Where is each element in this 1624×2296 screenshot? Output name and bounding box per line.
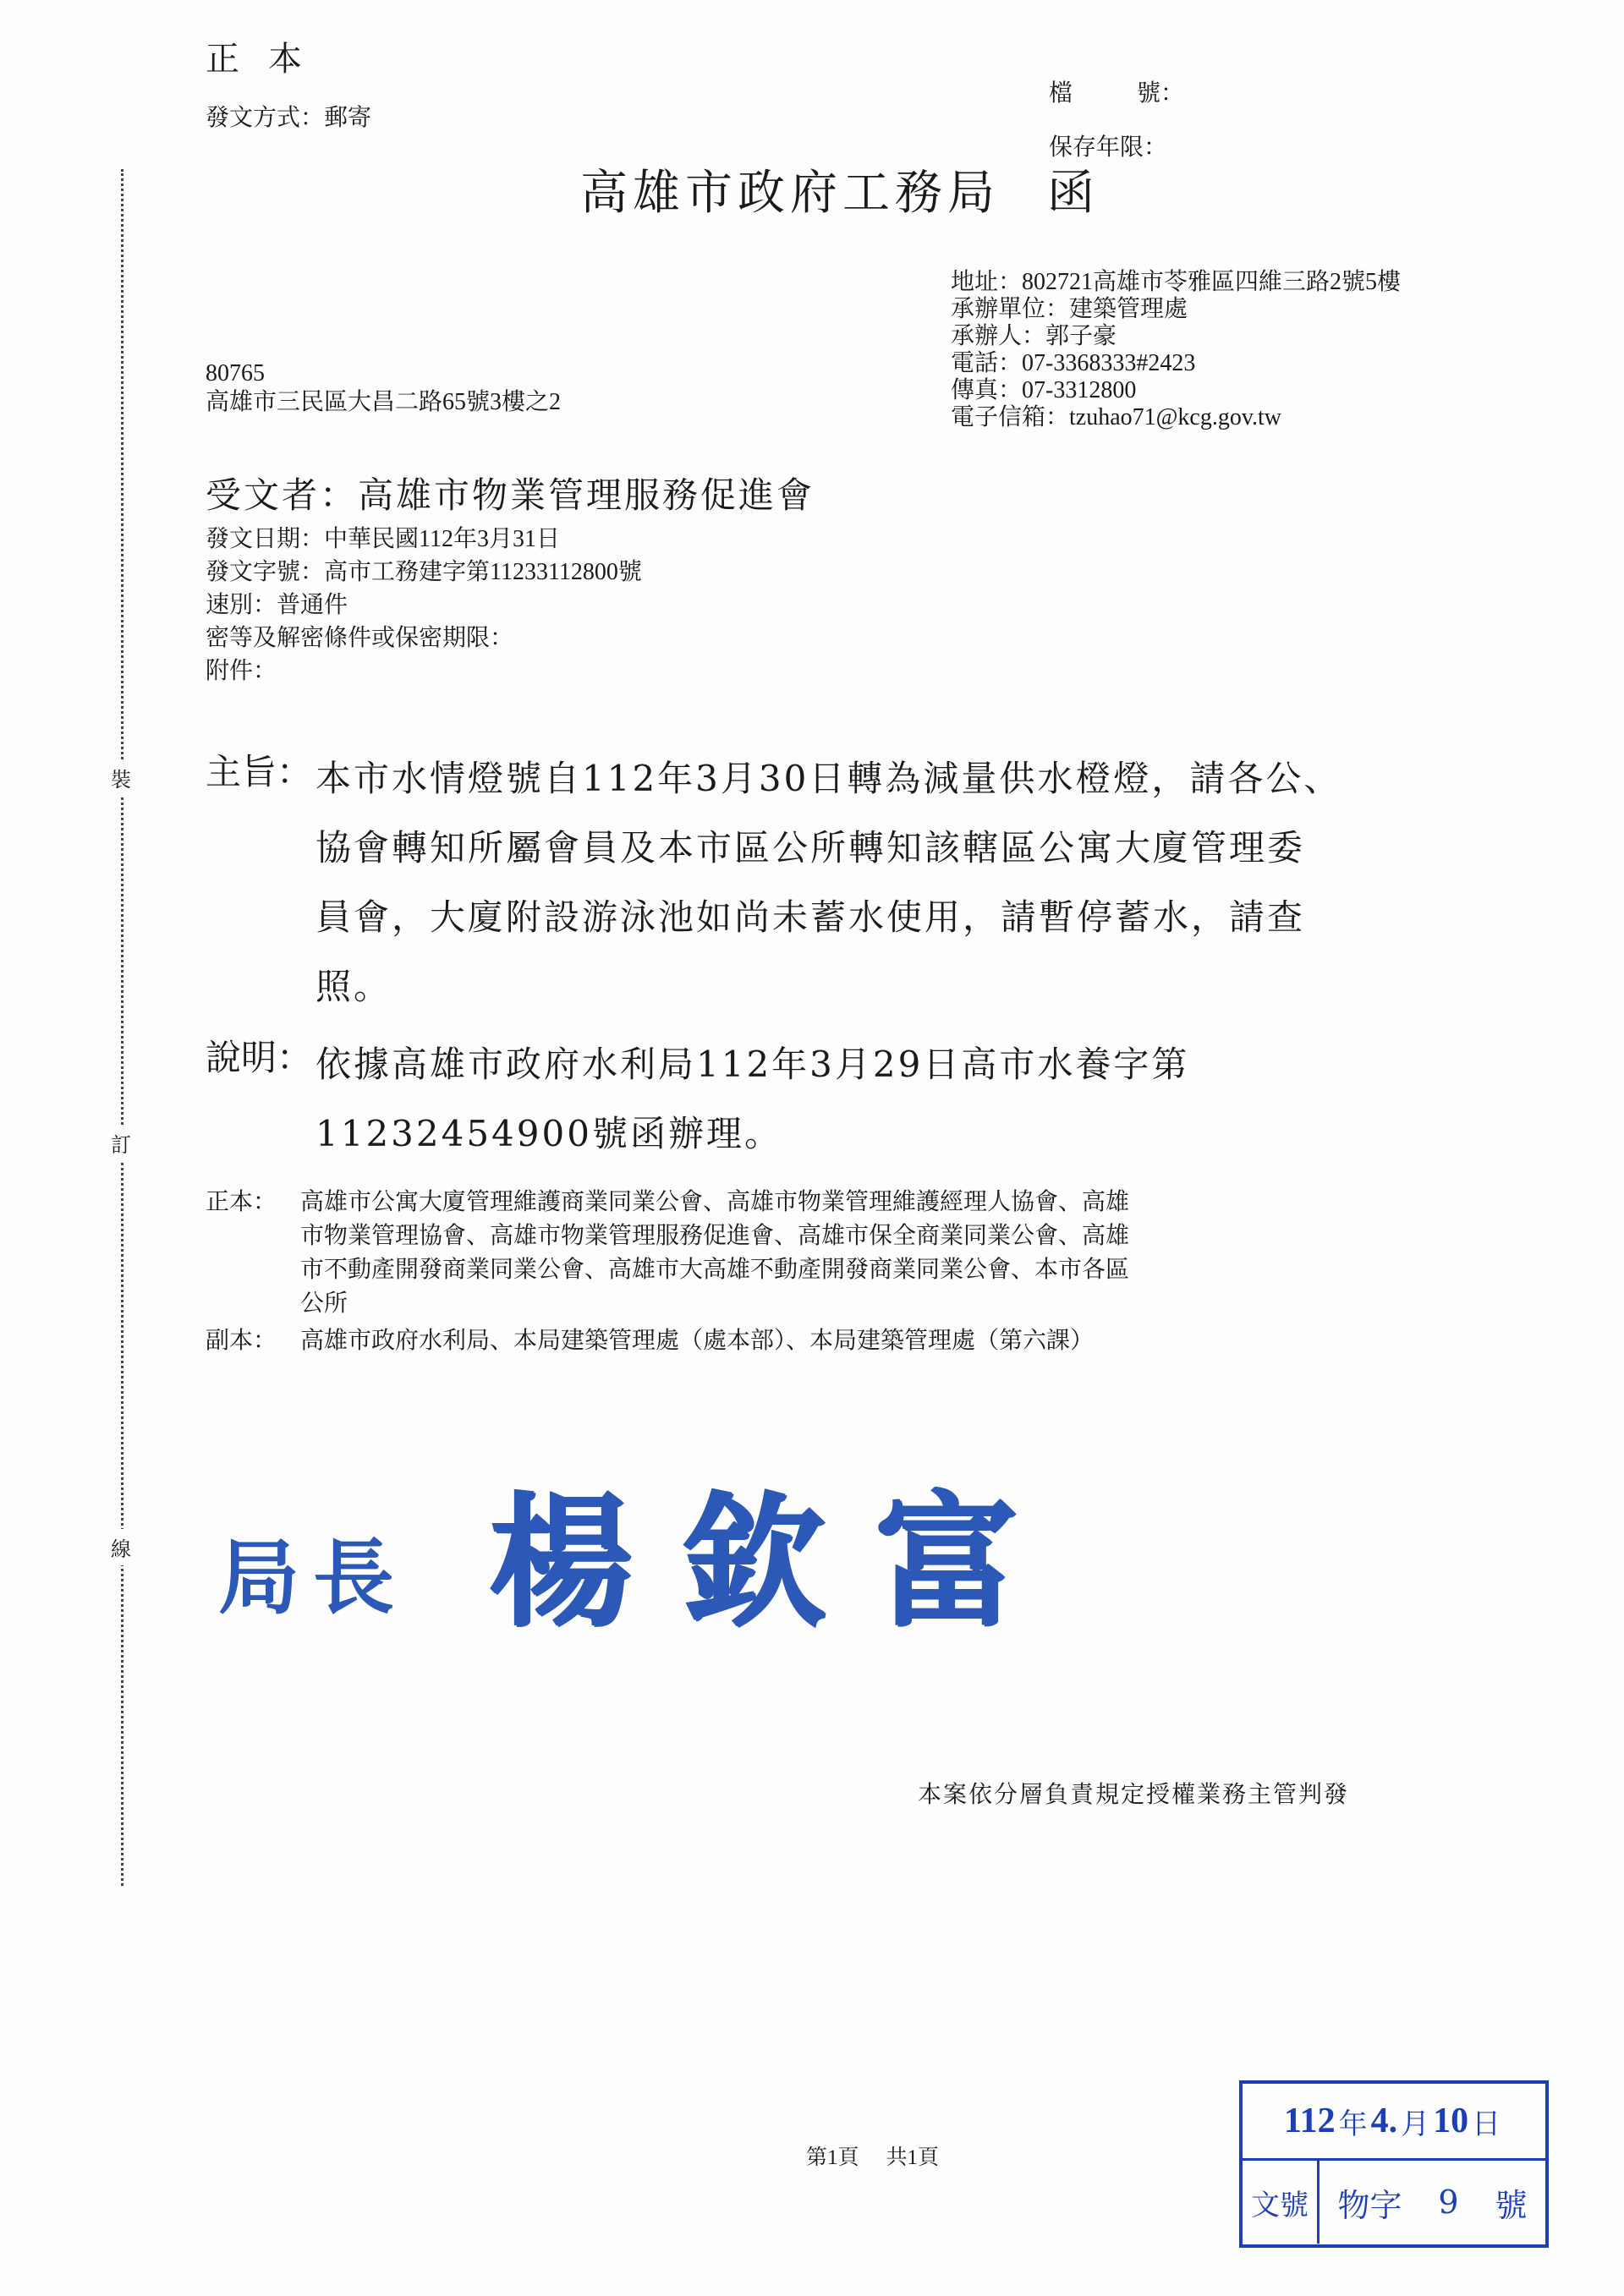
distribution-list: 正本： 高雄市公寓大廈管理維護商業同業公會、高雄市物業管理維護經理人協會、高雄 …: [206, 1186, 1491, 1358]
agency-name: 高雄市政府工務局: [580, 166, 1000, 221]
signature-role: 局長: [218, 1514, 408, 1630]
speed-class: 速別：普通件: [206, 589, 642, 622]
issue-date: 發文日期：中華民國112年3月31日: [206, 523, 642, 556]
document-title: 高雄市政府工務局函: [580, 156, 1100, 223]
explanation-label: 說明：: [206, 1030, 315, 1169]
original-recipients: 正本： 高雄市公寓大廈管理維護商業同業公會、高雄市物業管理維護經理人協會、高雄 …: [206, 1186, 1491, 1321]
send-method: 發文方式：郵寄: [206, 99, 371, 133]
handling-officer: 承辦人：郭子豪: [951, 323, 1401, 350]
archive-number-label: 檔 號: [1049, 66, 1160, 120]
document-kind: 函: [1047, 166, 1100, 221]
handling-unit: 承辦單位：建築管理處: [951, 296, 1401, 323]
binding-dotted-line: [121, 169, 123, 1886]
fax: 傳真：07-3312800: [951, 377, 1401, 404]
received-date-stamp: 112 年 4. 月 10 日 文號 物字 9 號: [1239, 2080, 1549, 2248]
page-number: 第1頁共1頁: [806, 2140, 939, 2171]
signature-name: 楊欽富: [489, 1446, 1067, 1653]
archive-number-row: 檔 號 ：: [1049, 66, 1184, 120]
contact-info: 地址：802721高雄市苓雅區四維三路2號5樓 承辦單位：建築管理處 承辦人：郭…: [951, 269, 1401, 431]
classification: 密等及解密條件或保密期限：: [206, 622, 642, 655]
postal-code: 80765: [206, 359, 561, 388]
explanation-text: 依據高雄市政府水利局112年3月29日高市水養字第 11232454900號函辦…: [315, 1030, 1491, 1169]
agency-address: 地址：802721高雄市苓雅區四維三路2號5樓: [951, 269, 1401, 296]
phone: 電話：07-3368333#2423: [951, 350, 1401, 377]
delegation-note: 本案依分層負責規定授權業務主管判發: [918, 1776, 1349, 1810]
recipient-address: 80765 高雄市三民區大昌二路65號3樓之2: [206, 359, 561, 417]
email: 電子信箱：tzuhao71@kcg.gov.tw: [951, 404, 1401, 431]
stamp-doc-number: 文號 物字 9 號: [1243, 2161, 1545, 2244]
subject-section: 主旨： 本市水情燈號自112年3月30日轉為減量供水橙燈，請各公、 協會轉知所屬…: [206, 744, 1491, 1022]
binding-char-ding: 訂: [111, 1125, 131, 1161]
subject-label: 主旨：: [206, 744, 315, 1022]
stamp-date: 112 年 4. 月 10 日: [1243, 2084, 1545, 2161]
binding-char-zhuang: 裝: [111, 759, 131, 796]
street-address: 高雄市三民區大昌二路65號3樓之2: [206, 388, 561, 417]
attachments: 附件：: [206, 655, 642, 688]
subject-text: 本市水情燈號自112年3月30日轉為減量供水橙燈，請各公、 協會轉知所屬會員及本…: [315, 744, 1491, 1022]
receiver: 受文者：高雄市物業管理服務促進會: [206, 468, 815, 518]
document-meta: 發文日期：中華民國112年3月31日 發文字號：高市工務建字第112331128…: [206, 523, 642, 688]
explanation-section: 說明： 依據高雄市政府水利局112年3月29日高市水養字第 1123245490…: [206, 1030, 1491, 1169]
document-body: 主旨： 本市水情燈號自112年3月30日轉為減量供水橙燈，請各公、 協會轉知所屬…: [206, 744, 1491, 1169]
copy-recipients: 副本： 高雄市政府水利局、本局建築管理處（處本部）、本局建築管理處（第六課）: [206, 1324, 1491, 1358]
doc-number: 發文字號：高市工務建字第11233112800號: [206, 556, 642, 589]
binding-char-xian: 線: [111, 1529, 131, 1565]
copy-type: 正本: [206, 32, 331, 80]
